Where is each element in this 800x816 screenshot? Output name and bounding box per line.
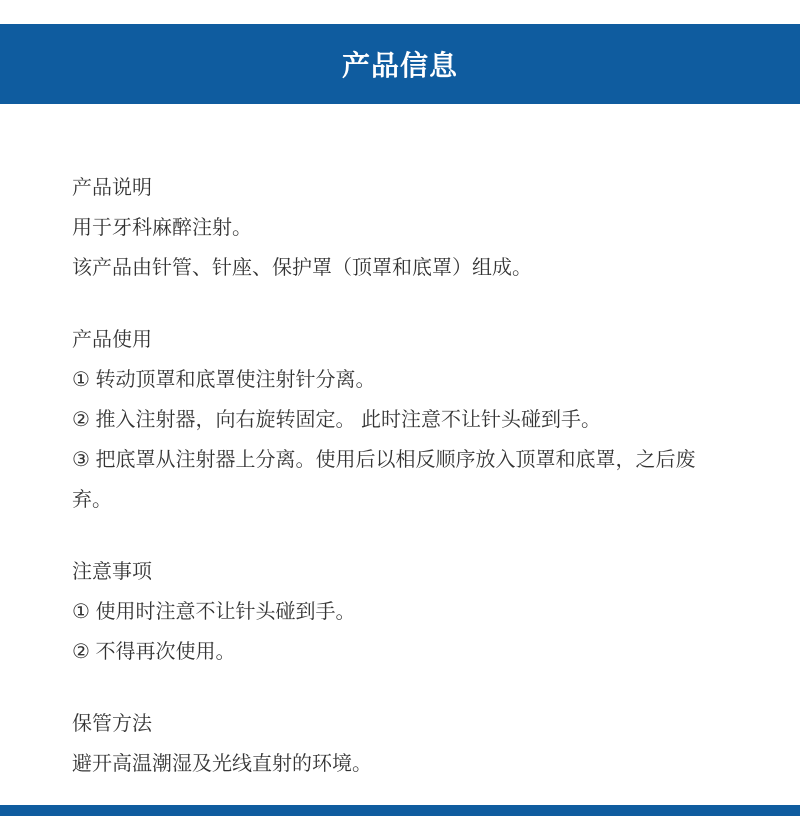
- text-line: 该产品由针管、针座、保护罩（顶罩和底罩）组成。: [72, 248, 712, 288]
- section-heading: 保管方法: [72, 704, 712, 744]
- page-title: 产品信息: [342, 44, 458, 84]
- text-line: ① 使用时注意不让针头碰到手。: [72, 592, 712, 632]
- header-bar: 产品信息: [0, 24, 800, 104]
- section-heading: 产品使用: [72, 320, 712, 360]
- section-heading: 注意事项: [72, 552, 712, 592]
- section-precautions: 注意事项 ① 使用时注意不让针头碰到手。 ② 不得再次使用。: [72, 552, 712, 672]
- section-storage-method: 保管方法 避开高温潮湿及光线直射的环境。: [72, 704, 712, 784]
- text-line: ② 推入注射器，向右旋转固定。 此时注意不让针头碰到手。: [72, 400, 712, 440]
- section-product-usage: 产品使用 ① 转动顶罩和底罩使注射针分离。 ② 推入注射器，向右旋转固定。 此时…: [72, 320, 712, 520]
- content: 产品说明 用于牙科麻醉注射。 该产品由针管、针座、保护罩（顶罩和底罩）组成。 产…: [0, 104, 800, 816]
- section-heading: 产品说明: [72, 168, 712, 208]
- text-line: ③ 把底罩从注射器上分离。使用后以相反顺序放入顶罩和底罩，之后废弃。: [72, 440, 712, 520]
- text-line: 避开高温潮湿及光线直射的环境。: [72, 744, 712, 784]
- text-line: ② 不得再次使用。: [72, 632, 712, 672]
- text-line: ① 转动顶罩和底罩使注射针分离。: [72, 360, 712, 400]
- section-product-description: 产品说明 用于牙科麻醉注射。 该产品由针管、针座、保护罩（顶罩和底罩）组成。: [72, 168, 712, 288]
- footer-bar: [0, 805, 800, 816]
- text-line: 用于牙科麻醉注射。: [72, 208, 712, 248]
